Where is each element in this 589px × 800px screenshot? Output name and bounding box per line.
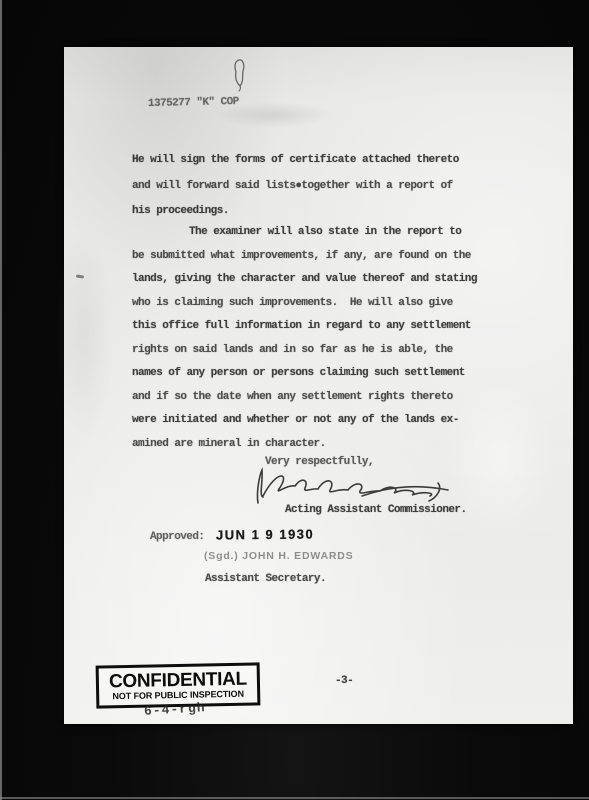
letter-page: 1375277 "K" COP He will sign the forms o…: [64, 47, 573, 724]
approved-label: Approved:: [150, 531, 204, 543]
scan-edge-artifact-bottom: [0, 797, 589, 799]
paragraph-2: The examiner will also state in the repo…: [132, 226, 512, 461]
body-text-line: be submitted what improvements, if any, …: [132, 250, 512, 274]
signature-scrawl-icon: [250, 465, 462, 507]
clerk-initials: 6-4-rgh: [144, 700, 206, 719]
margin-mark: [76, 274, 84, 278]
body-text-line: who is claiming such improvements. He wi…: [132, 297, 512, 321]
approver-title: Assistant Secretary.: [205, 573, 326, 585]
body-text-line: The examiner will also state in the repo…: [132, 226, 512, 250]
body-text-line: this office full information in regard t…: [132, 320, 512, 344]
body-text-line: rights on said lands and in so far as he…: [132, 344, 512, 368]
signed-name-stamp: (Sgd.) JOHN H. EDWARDS: [204, 550, 353, 562]
body-text-line: He will sign the forms of certificate at…: [132, 154, 512, 180]
paper-smudge: [54, 227, 114, 447]
docket-number: 1375277 "K" COP: [148, 96, 239, 110]
body-text-line: and will forward said lists●together wit…: [132, 180, 512, 206]
confidential-stamp-subtitle: NOT FOR PUBLIC INSPECTION: [112, 688, 244, 701]
body-text-line: were initiated and whether or not any of…: [132, 414, 512, 438]
page-number: -3-: [335, 675, 353, 687]
body-text-line: lands, giving the character and value th…: [132, 273, 512, 297]
date-stamp: JUN 1 9 1930: [216, 526, 314, 542]
body-text-line: names of any person or persons claiming …: [132, 367, 512, 391]
scan-edge-artifact-left: [0, 0, 2, 800]
signer-title: Acting Assistant Commissioner.: [285, 504, 467, 516]
staple-mark-icon: [229, 57, 251, 93]
scanned-document-frame: 1375277 "K" COP He will sign the forms o…: [0, 0, 589, 800]
body-text-line: and if so the date when any settlement r…: [132, 391, 512, 415]
paragraph-1: He will sign the forms of certificate at…: [132, 154, 512, 231]
